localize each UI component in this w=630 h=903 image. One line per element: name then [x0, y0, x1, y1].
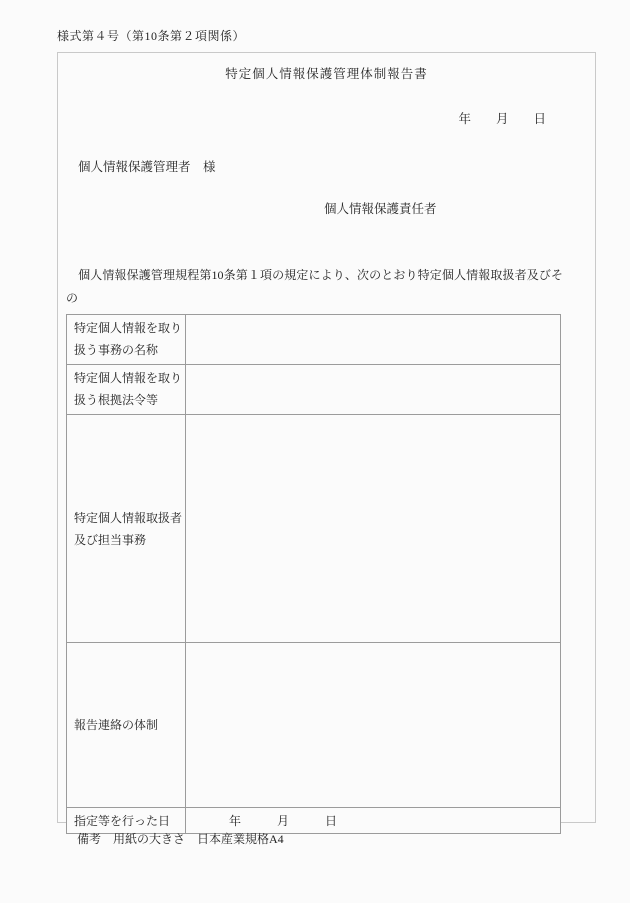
table-row-business-name: 特定個人情報を取り扱う事務の名称 [67, 315, 561, 365]
table-row-handlers-duties: 特定個人情報取扱者及び担当事務 [67, 415, 561, 643]
report-table: 特定個人情報を取り扱う事務の名称 特定個人情報を取り扱う根拠法令等 特定個人情報… [66, 314, 561, 834]
row-label-cell: 特定個人情報を取り扱う事務の名称 [67, 315, 186, 365]
table-row-reporting-structure: 報告連絡の体制 [67, 643, 561, 808]
document-page: 様式第４号（第10条第２項関係） 特定個人情報保護管理体制報告書 年 月 日 個… [0, 0, 630, 903]
addressee-line: 個人情報保護管理者 様 [78, 157, 216, 175]
table-row-legal-basis: 特定個人情報を取り扱う根拠法令等 [67, 365, 561, 415]
row-value-cell [186, 315, 561, 365]
document-border-box: 特定個人情報保護管理体制報告書 年 月 日 個人情報保護管理者 様 個人情報保護… [57, 52, 596, 823]
row-label-cell: 特定個人情報を取り扱う根拠法令等 [67, 365, 186, 415]
row-value-cell [186, 643, 561, 808]
date-line: 年 月 日 [458, 109, 546, 127]
form-number-label: 様式第４号（第10条第２項関係） [57, 27, 245, 44]
body-paragraph-line-1: 個人情報保護管理規程第10条第１項の規定により、次のとおり特定個人情報取扱者及び… [66, 264, 563, 310]
row-label-cell: 特定個人情報取扱者及び担当事務 [67, 415, 186, 643]
responsible-party-line: 個人情報保護責任者 [324, 199, 437, 217]
row-value-cell [186, 365, 561, 415]
document-title: 特定個人情報保護管理体制報告書 [58, 64, 595, 82]
row-value-cell [186, 415, 561, 643]
remarks-note: 備考 用紙の大きさ 日本産業規格A4 [77, 830, 284, 847]
row-label-cell: 報告連絡の体制 [67, 643, 186, 808]
